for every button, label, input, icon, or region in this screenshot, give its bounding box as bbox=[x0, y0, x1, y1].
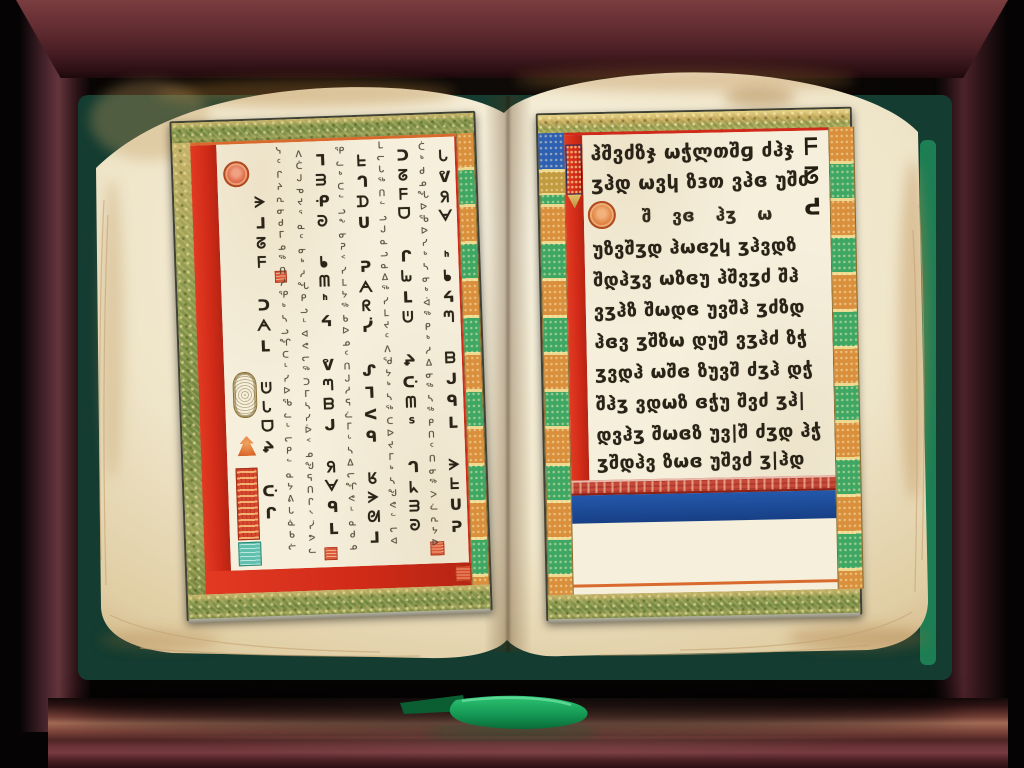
calligraphy-row: უზვშʒდ ჰωɞշկ ʒჰვდზ bbox=[592, 235, 797, 260]
calligraphy-row: ʒვდჰ ωშɞ ზუვშ ძʒჰ დჭ bbox=[595, 359, 813, 385]
red-square-seal-b bbox=[324, 547, 337, 560]
red-round-seal bbox=[223, 161, 250, 188]
calligraphy-row: დვჰʒ შωɞზ უვ|შ ძʒდ ჰჭ bbox=[596, 420, 822, 446]
calligraphy-row: შჰʒ ვდωზ ɞჭუ შვძ ʒჰ| bbox=[596, 390, 806, 415]
right-page-text-field: ᖴᘔᕍ ჰშვძზჯ ωჭლთშɡ ძჰჯ ʒჰდ ωვկ ზɜთ ვჰɞ უშ… bbox=[582, 130, 835, 480]
cyan-column-seal bbox=[238, 542, 262, 567]
open-book bbox=[0, 0, 1024, 768]
red-column-seal bbox=[236, 468, 260, 541]
calligraphy-row: შდჰʒვ ωზɞუ ჰშვʒძ შჰ bbox=[593, 266, 799, 291]
calligraphy-row: ʒჰდ ωვկ ზɜთ ვჰɞ უშძ bbox=[591, 169, 810, 196]
scene-manuscript-in-display-case: ᗒᒧᘔᖴ ᑐᗅᒪ ᕫᘂᗜᖨ ᑢᒋ ᓭᑦᒋᔨᕆᓂᑯᒥᓄᖅᑎᓱᕿᒃᓴᓗᖏᑕᒻᓯᐅᖃᓚ… bbox=[0, 0, 1024, 768]
blue-stripe bbox=[572, 490, 837, 524]
checker-blue-top-segment bbox=[538, 133, 565, 196]
calligraphy-row: ჰშვძზჯ ωჭლთშɡ ძჰჯ bbox=[590, 139, 795, 165]
right-panel-bottom-inner-line bbox=[574, 579, 838, 588]
calligraphy-row: ჰɞვ ʒშზω დუშ ვʒჰძ ზჭ bbox=[594, 328, 807, 353]
calligraphy-row: ʒშდჰვ ზωɞ უშვძ ʒ|ჰდ bbox=[597, 449, 805, 474]
red-square-seal-on-band bbox=[455, 565, 472, 582]
left-page-panel: ᗒᒧᘔᖴ ᑐᗅᒪ ᕫᘂᗜᖨ ᑢᒋ ᓭᑦᒋᔨᕆᓂᑯᒥᓄᖅᑎᓱᕿᒃᓴᓗᖏᑕᒻᓯᐅᖃᓚ… bbox=[169, 111, 492, 621]
blue-tab-ornament bbox=[565, 144, 582, 194]
orange-spade-ornament bbox=[235, 436, 258, 457]
calligraphy-row: შ ვɞ ჰʒ ω bbox=[642, 204, 773, 227]
orange-round-seal bbox=[588, 201, 617, 230]
right-page-panel: ᖴᘔᕍ ჰშვძზჯ ωჭლთშɡ ძჰჯ ʒჰდ ωვկ ზɜთ ვჰɞ უშ… bbox=[536, 107, 863, 622]
gold-lozenge-medallion bbox=[232, 372, 258, 419]
left-page-text-field: ᗒᒧᘔᖴ ᑐᗅᒪ ᕫᘂᗜᖨ ᑢᒋ ᓭᑦᒋᔨᕆᓂᑯᒥᓄᖅᑎᓱᕿᒃᓴᓗᖏᑕᒻᓯᐅᖃᓚ… bbox=[216, 137, 469, 571]
calligraphy-row: ვʒჰზ შωდɞ უვშჰ ʒძზდ bbox=[594, 297, 805, 322]
